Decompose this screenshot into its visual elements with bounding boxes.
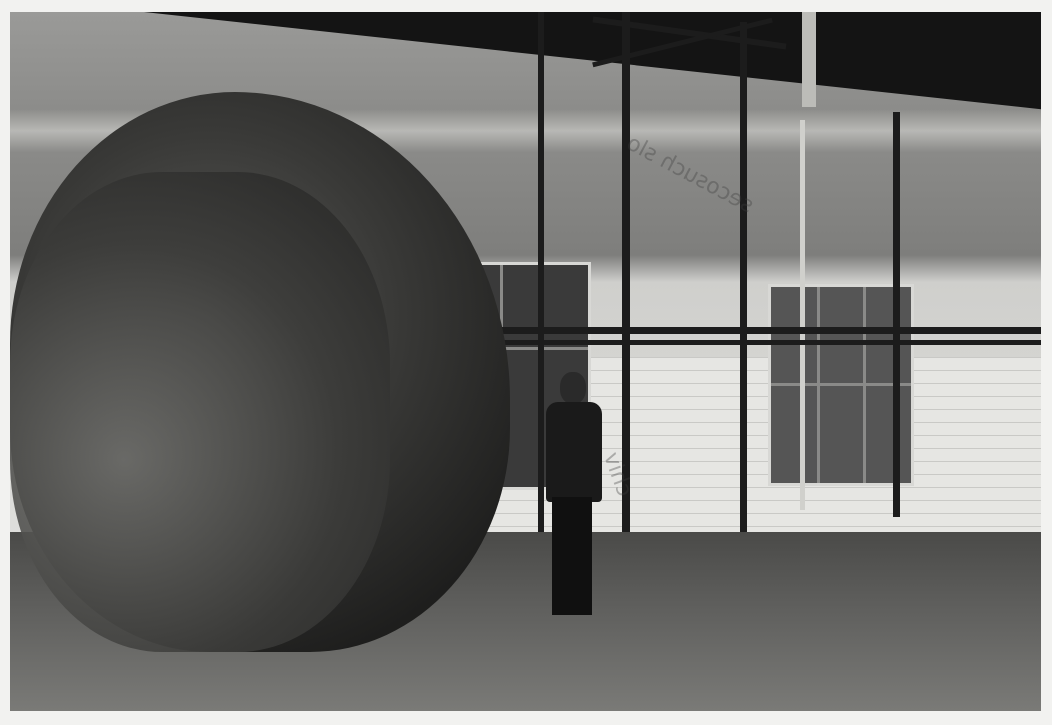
scaffold-pole bbox=[802, 12, 816, 107]
bush-flowering bbox=[10, 172, 390, 652]
photograph: secosuch slo chiv bbox=[10, 12, 1041, 711]
scaffold-pole bbox=[800, 120, 805, 510]
scaffold-crossbar bbox=[455, 327, 1041, 334]
scaffold-crossbar bbox=[475, 340, 1041, 345]
man-standing bbox=[538, 372, 608, 617]
person-jacket bbox=[546, 402, 602, 502]
scaffold-pole bbox=[893, 112, 900, 517]
person-legs bbox=[552, 497, 592, 615]
person-head bbox=[560, 372, 586, 404]
scaffold-pole bbox=[740, 22, 747, 537]
